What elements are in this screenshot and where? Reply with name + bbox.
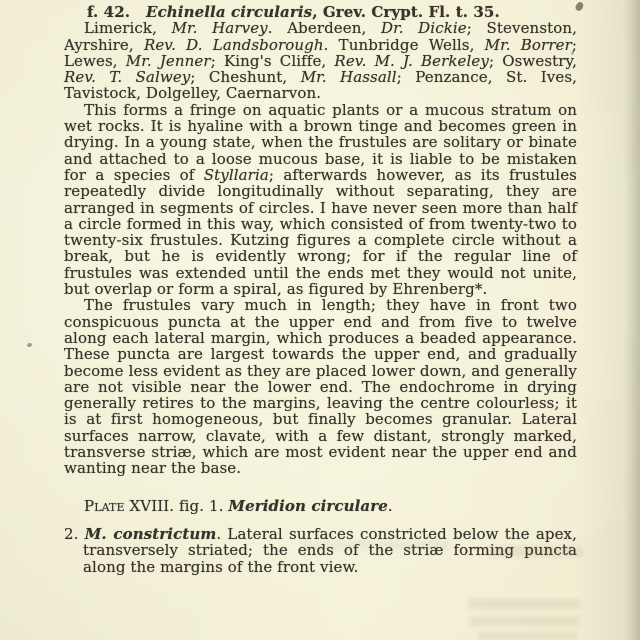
- show-through-text-blur: [470, 616, 580, 626]
- text-segment: M. constrictum: [85, 525, 217, 543]
- text-segment: Dr. Dickie: [381, 19, 467, 37]
- text-segment: Rev. T. Salwey: [64, 68, 190, 86]
- text-segment: ; Cheshunt,: [190, 68, 300, 86]
- text-segment: .: [388, 497, 393, 515]
- scanned-book-page: f. 42. Echinella circularis, Grev. Crypt…: [0, 0, 640, 640]
- text-segment: Mr. Hassall: [301, 68, 397, 86]
- text-segment: The frustules vary much in length; they …: [64, 296, 577, 477]
- text-segment: Mr. Borrer: [485, 36, 572, 54]
- ink-speck-left-margin: [26, 342, 32, 347]
- text-segment: Plate: [84, 497, 125, 515]
- text-segment: 2.: [64, 525, 85, 543]
- text-segment: XVIII. fig. 1.: [125, 497, 229, 515]
- show-through-text-blur: [478, 632, 578, 640]
- page-edge-shadow: [624, 0, 640, 640]
- description-paragraph-2: The frustules vary much in length; they …: [64, 297, 577, 476]
- locality-paragraph: Limerick, Mr. Harvey. Aberdeen, Dr. Dick…: [64, 20, 577, 101]
- description-paragraph-1: This forms a fringe on aquatic plants or…: [64, 102, 577, 298]
- text-segment: Rev. M. J. Berkeley: [334, 52, 489, 70]
- text-segment: . Tunbridge Wells,: [324, 36, 485, 54]
- text-segment: Mr. Jenner: [126, 52, 211, 70]
- text-column: f. 42. Echinella circularis, Grev. Crypt…: [64, 4, 577, 575]
- text-segment: Echinella circularis: [146, 3, 312, 21]
- plate-caption: Plate XVIII. fig. 1. Meridion circulare.: [64, 498, 577, 514]
- text-segment: f. 42.: [87, 3, 146, 21]
- figure-heading: f. 42. Echinella circularis, Grev. Crypt…: [64, 4, 577, 20]
- show-through-text-blur: [468, 599, 580, 609]
- text-segment: ; Oswestry,: [489, 52, 577, 70]
- text-segment: ; afterwards however, as its frustules r…: [64, 166, 577, 298]
- text-segment: Mr. Harvey: [172, 19, 268, 37]
- text-segment: Rev. D. Landsborough: [144, 36, 324, 54]
- text-segment: Meridion circulare: [228, 497, 388, 515]
- species-entry-2: 2. M. constrictum. Lateral surfaces cons…: [64, 526, 577, 575]
- text-segment: Limerick,: [84, 19, 172, 37]
- text-segment: . Aberdeen,: [268, 19, 381, 37]
- text-segment: Styllaria: [204, 166, 269, 184]
- text-segment: ; King's Cliffe,: [211, 52, 335, 70]
- text-segment: , Grev. Crypt. Fl. t. 35.: [312, 3, 500, 21]
